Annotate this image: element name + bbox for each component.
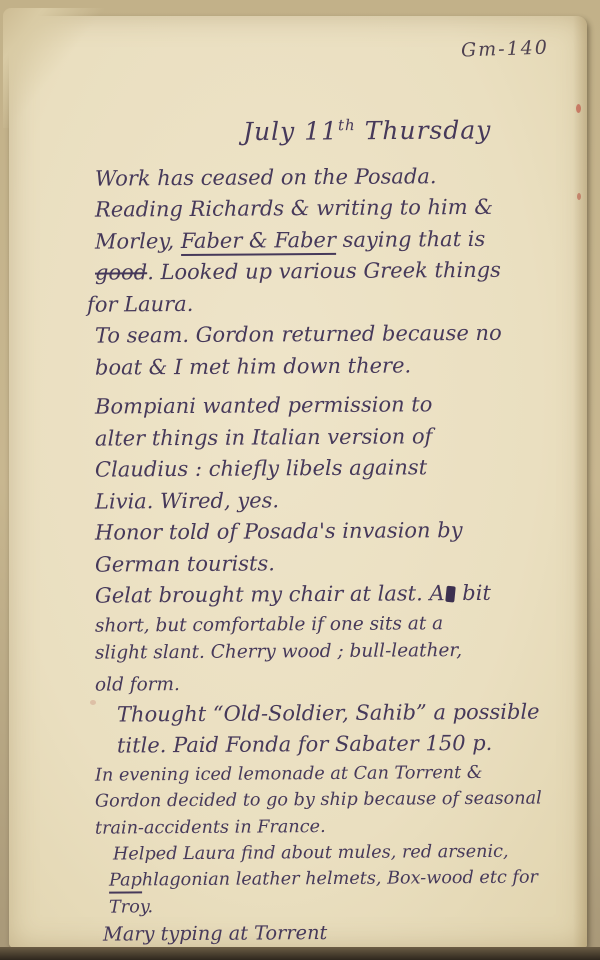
manuscript-line: Reading Richards & writing to him & (95, 191, 559, 226)
manuscript-line: for Laura. (87, 286, 559, 321)
entry-date-heading: July 11th Thursday (243, 111, 559, 151)
manuscript-line: slight slant. Cherry wood ; bull-leather… (95, 637, 559, 668)
manuscript-line: In evening iced lemonade at Can Torrent … (95, 759, 559, 789)
manuscript-line: Bompiani wanted permission to (95, 388, 559, 423)
manuscript-line: title. Paid Fonda for Sabater 150 p. (117, 728, 559, 763)
manuscript-line: boat & I met him down there. (95, 349, 559, 384)
manuscript-line: old form. (95, 668, 559, 699)
scan-edge-shadow (0, 947, 600, 960)
manuscript-line: Honor told of Posada's invasion by (95, 514, 559, 549)
manuscript-line: Thought “Old-Soldier, Sahib” a possible (117, 696, 559, 731)
manuscript-line: Troy. (109, 891, 559, 921)
manuscript-line: good. Looked up various Greek things (95, 254, 559, 289)
manuscript-body: July 11th Thursday Work has ceased on th… (95, 72, 559, 948)
manuscript-line: German tourists. (95, 546, 559, 581)
manuscript-line: Work has ceased on the Posada. (95, 160, 559, 195)
manuscript-line: alter things in Italian version of (95, 420, 559, 455)
manuscript-line: Morley, Faber & Faber saying that is (95, 223, 559, 258)
archive-mark: Gm-140 (461, 36, 550, 61)
manuscript-page: Gm-140 July 11th Thursday Work has cease… (9, 16, 587, 948)
manuscript-line: Livia. Wired, yes. (95, 483, 559, 518)
manuscript-line: train-accidents in France. (95, 812, 559, 842)
manuscript-line: Gelat brought my chair at last. A bit (95, 577, 559, 612)
manuscript-line: Claudius : chiefly libels against (95, 451, 559, 486)
manuscript-line: short, but comfortable if one sits at a (95, 609, 559, 640)
manuscript-line: Paphlagonian leather helmets, Box-wood e… (109, 865, 559, 895)
scanned-page: Gm-140 July 11th Thursday Work has cease… (0, 0, 600, 960)
manuscript-line: Mary typing at Torrent (103, 918, 559, 950)
ink-blot (445, 586, 456, 603)
manuscript-line: Gordon decided to go by ship because of … (95, 785, 559, 815)
manuscript-lines: Work has ceased on the Posada.Reading Ri… (95, 162, 559, 949)
manuscript-line: To seam. Gordon returned because no (95, 317, 559, 352)
manuscript-line: Helped Laura find about mules, red arsen… (113, 838, 559, 868)
